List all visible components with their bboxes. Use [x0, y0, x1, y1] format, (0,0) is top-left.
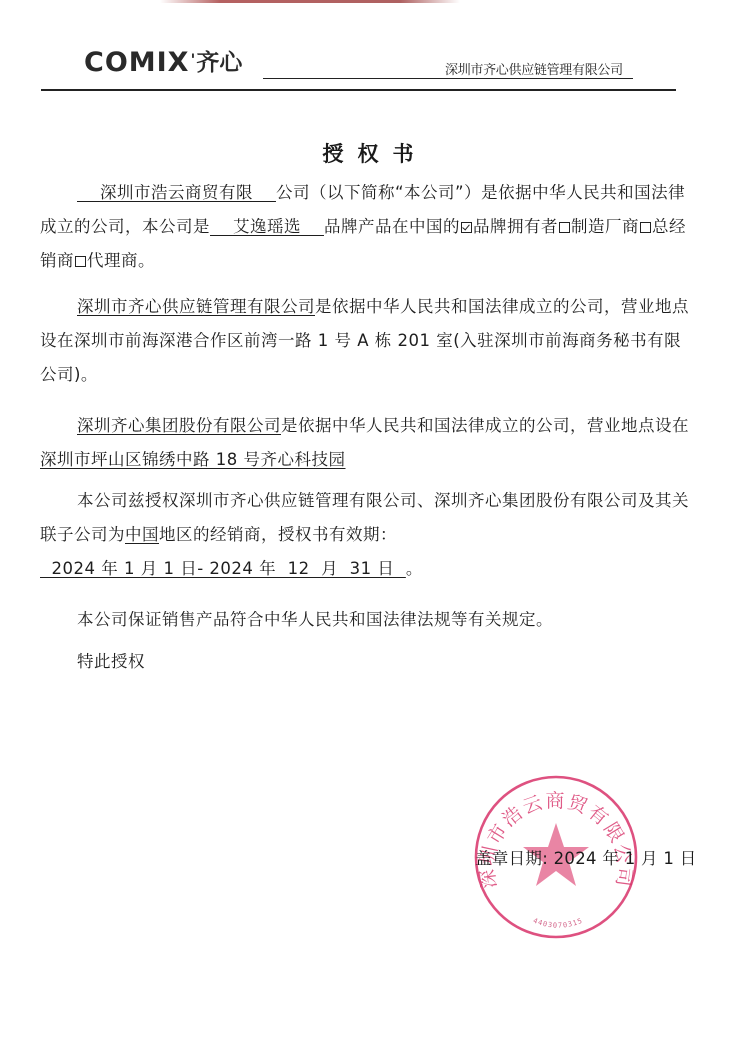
paragraph-authorizer: 深圳市浩云商贸有限 公司（以下简称“本公司”）是依据中华人民共和国法律成立的公司…: [40, 176, 690, 278]
group-company-name: 深圳齐心集团股份有限公司: [77, 416, 281, 435]
stamp-date: 盖章日期: 2024 年 1 月 1 日: [475, 845, 697, 869]
header-divider: [41, 89, 676, 91]
paragraph-closing: 特此授权: [40, 645, 690, 679]
punctuation: 。: [138, 251, 155, 270]
punctuation: 。: [406, 559, 423, 578]
header-rule: [263, 78, 633, 79]
authorizer-company-name: 深圳市浩云商贸有限: [100, 183, 253, 202]
paragraph-group-company: 深圳齐心集团股份有限公司是依据中华人民共和国法律成立的公司，营业地点设在深圳市坪…: [40, 409, 690, 477]
paragraph-authorization: 本公司兹授权深圳市齐心供应链管理有限公司、深圳齐心集团股份有限公司及其关联子公司…: [40, 484, 690, 586]
paragraph-text: 是依据中华人民共和国法律成立的公司，营业地点设在: [281, 416, 689, 435]
logo-mark: ': [191, 50, 196, 70]
stamp-date-label: 盖章日期:: [475, 849, 548, 868]
option-label-manufacturer: 制造厂商: [571, 217, 639, 236]
svg-text:深圳市浩云商贸有限公司: 深圳市浩云商贸有限公司: [476, 790, 635, 890]
header-company-name: 深圳市齐心供应链管理有限公司: [445, 59, 623, 78]
comix-logo: COMIX ' 齐心: [84, 48, 242, 78]
region: 中国: [125, 525, 159, 544]
checkbox-agent: [75, 256, 86, 267]
paragraph-text: 地区的经销商，授权书有效期：: [159, 525, 397, 544]
brand-name: 艾逸瑶选: [233, 217, 301, 236]
checkbox-general-distributor: [640, 222, 651, 233]
group-company-address: 深圳市坪山区锦绣中路 18 号齐心科技园: [40, 450, 346, 469]
validity-period: 2024 年 1 月 1 日- 2024 年 12 月 31 日: [40, 559, 406, 578]
letterhead: COMIX ' 齐心 深圳市齐心供应链管理有限公司: [0, 0, 750, 110]
option-label-agent: 代理商: [87, 251, 138, 270]
svg-text:4403070315: 4403070315: [532, 917, 584, 930]
blank-before-brand: [210, 217, 233, 236]
option-label-brand-owner: 品牌拥有者: [473, 217, 558, 236]
paragraph-text: 品牌产品在中国的: [324, 217, 460, 236]
stamp-date-value: 2024 年 1 月 1 日: [554, 849, 697, 868]
paragraph-supply-chain-company: 深圳市齐心供应链管理有限公司是依据中华人民共和国法律成立的公司，营业地点设在深圳…: [40, 290, 690, 392]
blank-before-company: [77, 183, 100, 202]
logo-latin-text: COMIX: [84, 48, 190, 78]
paragraph-compliance: 本公司保证销售产品符合中华人民共和国法律法规等有关规定。: [40, 603, 690, 637]
checkbox-manufacturer: [559, 222, 570, 233]
supply-chain-company-name: 深圳市齐心供应链管理有限公司: [77, 297, 315, 316]
paragraph-text: 本公司保证销售产品符合中华人民共和国法律法规等有关规定。: [77, 610, 553, 629]
logo-chinese-text: 齐心: [196, 48, 242, 78]
closing-text: 特此授权: [77, 652, 145, 671]
page-title: 授权书: [0, 138, 750, 168]
blank-after-company: [253, 183, 276, 202]
checkbox-brand-owner-checked: [461, 222, 472, 233]
blank-after-brand: [301, 217, 324, 236]
